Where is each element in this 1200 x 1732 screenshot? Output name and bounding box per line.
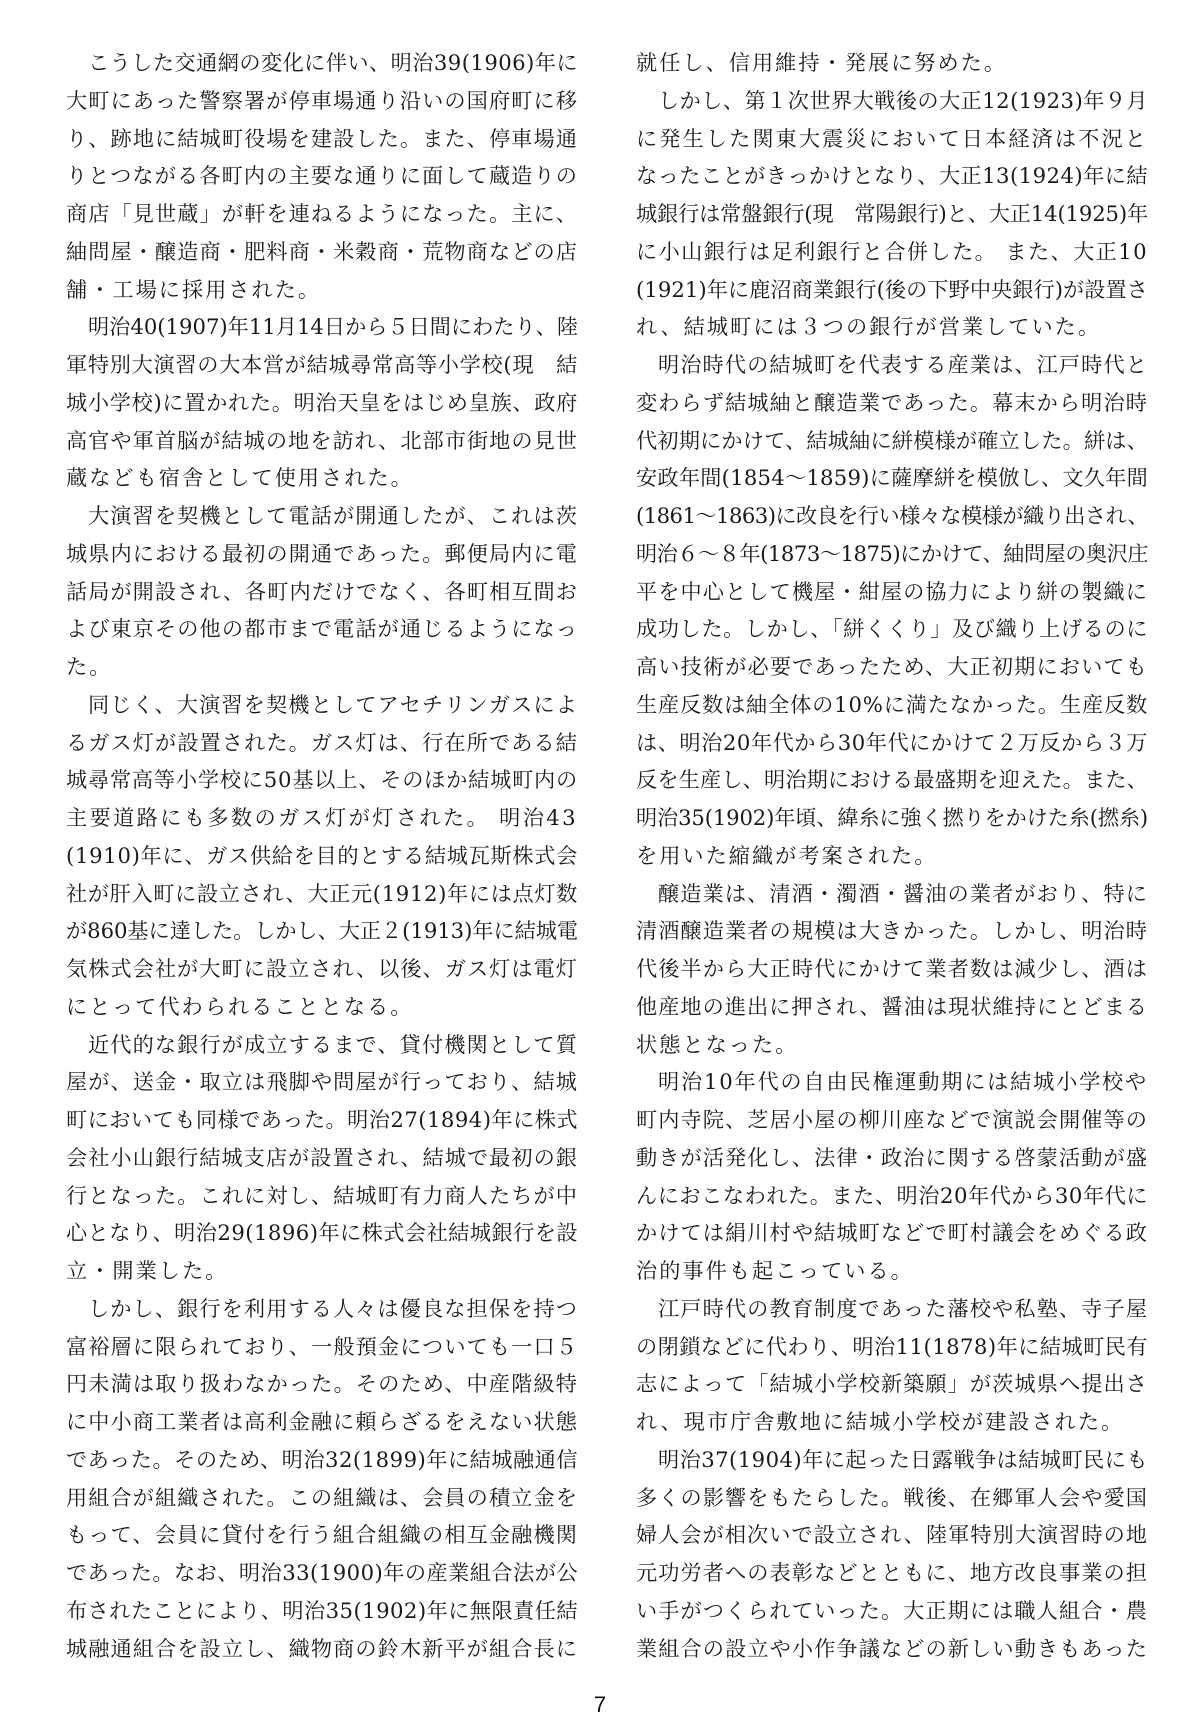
text-line: 反を生産し、明治期における最盛期を迎えた。また、 <box>636 761 1148 799</box>
text-line: にとって代わられることとなる。 <box>66 988 578 1026</box>
text-line: 代初期にかけて、結城紬に絣模様が確立した。絣は、 <box>636 422 1148 460</box>
paragraph-first-line: 醸造業は、清酒・濁酒・醤油の業者がおり、特に <box>636 875 1148 913</box>
text-line: れ、結城町には３つの銀行が営業していた。 <box>636 308 1148 346</box>
paragraph-first-line: しかし、第１次世界大戦後の大正12(1923)年９月 <box>636 82 1148 120</box>
text-line: 清酒醸造業者の規模は大きかった。しかし、明治時 <box>636 912 1148 950</box>
text-line: 立・開業した。 <box>66 1252 578 1290</box>
text-line: 気株式会社が大町に設立され、以後、ガス灯は電灯 <box>66 950 578 988</box>
text-line: かけては絹川村や結城町などで町村議会をめぐる政 <box>636 1214 1148 1252</box>
text-line: 城県内における最初の開通であった。郵便局内に電 <box>66 535 578 573</box>
text-line: 業組合の設立や小作争議などの新しい動きもあった <box>636 1630 1148 1668</box>
text-line: もって、会員に貸付を行う組合組織の相互金融機関 <box>66 1516 578 1554</box>
text-line: 変わらず結城紬と醸造業であった。幕末から明治時 <box>636 384 1148 422</box>
text-line: が860基に達した。しかし、大正２(1913)年に結城電 <box>66 912 578 950</box>
paragraph-first-line: 近代的な銀行が成立するまで、貸付機関として質 <box>66 1026 578 1064</box>
text-line: 町内寺院、芝居小屋の柳川座などで演説会開催等の <box>636 1101 1148 1139</box>
text-line: 志によって「結城小学校新築願」が茨城県へ提出さ <box>636 1365 1148 1403</box>
page-number: 7 <box>0 1692 1200 1718</box>
text-line: 蔵なども宿舎として使用された。 <box>66 459 578 497</box>
text-line: に中小商工業者は高利金融に頼らざるをえない状態 <box>66 1403 578 1441</box>
text-line: 元功労者への表彰などとともに、地方改良事業の担 <box>636 1554 1148 1592</box>
text-line: 城銀行は常盤銀行(現 常陽銀行)と、大正14(1925)年 <box>636 195 1148 233</box>
text-line: 他産地の進出に押され、醤油は現状維持にとどまる <box>636 988 1148 1026</box>
text-line: 婦人会が相次いで設立され、陸軍特別大演習時の地 <box>636 1516 1148 1554</box>
text-line: 軍特別大演習の大本営が結城尋常高等小学校(現 結 <box>66 346 578 384</box>
text-line: 成功した。しかし、「絣くくり」及び織り上げるのに <box>636 610 1148 648</box>
text-line: り、跡地に結城町役場を建設した。また、停車場通 <box>66 120 578 158</box>
text-line: であった。そのため、明治32(1899)年に結城融通信 <box>66 1441 578 1479</box>
text-line: た。 <box>66 648 578 686</box>
text-line: 平を中心として機屋・紺屋の協力により絣の製織に <box>636 573 1148 611</box>
text-line: の閉鎖などに代わり、明治11(1878)年に結城町民有 <box>636 1328 1148 1366</box>
text-line: 会社小山銀行結城支店が設置され、結城で最初の銀 <box>66 1139 578 1177</box>
text-line: 話局が開設され、各町内だけでなく、各町相互間お <box>66 573 578 611</box>
text-line: 就任し、信用維持・発展に努めた。 <box>636 44 1148 82</box>
paragraph-first-line: しかし、銀行を利用する人々は優良な担保を持つ <box>66 1290 578 1328</box>
text-line: 富裕層に限られており、一般預金についても一口５ <box>66 1328 578 1366</box>
text-line: 屋が、送金・取立は飛脚や問屋が行っており、結城 <box>66 1063 578 1101</box>
text-line: 布されたことにより、明治35(1902)年に無限責任結 <box>66 1592 578 1630</box>
text-line: であった。なお、明治33(1900)年の産業組合法が公 <box>66 1554 578 1592</box>
text-line: 町においても同様であった。明治27(1894)年に株式 <box>66 1101 578 1139</box>
paragraph-first-line: 大演習を契機として電話が開通したが、これは茨 <box>66 497 578 535</box>
text-line: は、明治20年代から30年代にかけて２万反から３万 <box>636 724 1148 762</box>
text-line: 紬問屋・醸造商・肥料商・米穀商・荒物商などの店 <box>66 233 578 271</box>
text-line: 円未満は取り扱わなかった。そのため、中産階級特 <box>66 1365 578 1403</box>
right-text-column: 就任し、信用維持・発展に努めた。しかし、第１次世界大戦後の大正12(1923)年… <box>636 44 1148 1667</box>
text-line: に発生した関東大震災において日本経済は不況と <box>636 120 1148 158</box>
text-line: 舗・工場に採用された。 <box>66 271 578 309</box>
paragraph-first-line: 同じく、大演習を契機としてアセチリンガスによ <box>66 686 578 724</box>
left-text-column: こうした交通網の変化に伴い、明治39(1906)年に大町にあった警察署が停車場通… <box>66 44 578 1667</box>
text-line: 城尋常高等小学校に50基以上、そのほか結城町内の <box>66 761 578 799</box>
text-line: 行となった。これに対し、結城町有力商人たちが中 <box>66 1177 578 1215</box>
text-line: 社が肝入町に設立され、大正元(1912)年には点灯数 <box>66 875 578 913</box>
text-line: (1861～1863)に改良を行い様々な模様が織り出され、 <box>636 497 1148 535</box>
text-line: 明治35(1902)年頃、緯糸に強く撚りをかけた糸(撚糸) <box>636 799 1148 837</box>
text-line: 商店「見世蔵」が軒を連ねるようになった。主に、 <box>66 195 578 233</box>
text-line: なったことがきっかけとなり、大正13(1924)年に結 <box>636 157 1148 195</box>
paragraph-first-line: 明治10年代の自由民権運動期には結城小学校や <box>636 1063 1148 1101</box>
paragraph-first-line: 明治40(1907)年11月14日から５日間にわたり、陸 <box>66 308 578 346</box>
text-line: 心となり、明治29(1896)年に株式会社結城銀行を設 <box>66 1214 578 1252</box>
text-line: よび東京その他の都市まで電話が通じるようになっ <box>66 610 578 648</box>
text-line: 代後半から大正時代にかけて業者数は減少し、酒は <box>636 950 1148 988</box>
text-line: 大町にあった警察署が停車場通り沿いの国府町に移 <box>66 82 578 120</box>
text-line: 生産反数は紬全体の10%に満たなかった。生産反数 <box>636 686 1148 724</box>
text-line: 用組合が組織された。この組織は、会員の積立金を <box>66 1479 578 1517</box>
text-line: 治的事件も起こっている。 <box>636 1252 1148 1290</box>
text-line: (1921)年に鹿沼商業銀行(後の下野中央銀行)が設置さ <box>636 271 1148 309</box>
paragraph-first-line: 明治37(1904)年に起った日露戦争は結城町民にも <box>636 1441 1148 1479</box>
text-line: 城融通組合を設立し、織物商の鈴木新平が組合長に <box>66 1630 578 1668</box>
paragraph-first-line: 江戸時代の教育制度であった藩校や私塾、寺子屋 <box>636 1290 1148 1328</box>
text-line: を用いた縮織が考案された。 <box>636 837 1148 875</box>
text-line: るガス灯が設置された。ガス灯は、行在所である結 <box>66 724 578 762</box>
text-line: 動きが活発化し、法律・政治に関する啓蒙活動が盛 <box>636 1139 1148 1177</box>
text-line: 高い技術が必要であったため、大正初期においても <box>636 648 1148 686</box>
text-line: い手がつくられていった。大正期には職人組合・農 <box>636 1592 1148 1630</box>
text-line: れ、現市庁舎敷地に結城小学校が建設された。 <box>636 1403 1148 1441</box>
text-line: りとつながる各町内の主要な通りに面して蔵造りの <box>66 157 578 195</box>
paragraph-first-line: こうした交通網の変化に伴い、明治39(1906)年に <box>66 44 578 82</box>
text-line: 安政年間(1854～1859)に薩摩絣を模倣し、文久年間 <box>636 459 1148 497</box>
text-line: んにおこなわれた。また、明治20年代から30年代に <box>636 1177 1148 1215</box>
document-page: こうした交通網の変化に伴い、明治39(1906)年に大町にあった警察署が停車場通… <box>0 0 1200 1732</box>
text-line: 主要道路にも多数のガス灯が灯された。 明治43 <box>66 799 578 837</box>
text-line: (1910)年に、ガス供給を目的とする結城瓦斯株式会 <box>66 837 578 875</box>
text-line: 城小学校)に置かれた。明治天皇をはじめ皇族、政府 <box>66 384 578 422</box>
text-line: 多くの影響をもたらした。戦後、在郷軍人会や愛国 <box>636 1479 1148 1517</box>
text-line: 高官や軍首脳が結城の地を訪れ、北部市街地の見世 <box>66 422 578 460</box>
text-line: 状態となった。 <box>636 1026 1148 1064</box>
paragraph-first-line: 明治時代の結城町を代表する産業は、江戸時代と <box>636 346 1148 384</box>
text-line: 明治６～８年(1873～1875)にかけて、紬問屋の奥沢庄 <box>636 535 1148 573</box>
text-line: に小山銀行は足利銀行と合併した。 また、大正10 <box>636 233 1148 271</box>
